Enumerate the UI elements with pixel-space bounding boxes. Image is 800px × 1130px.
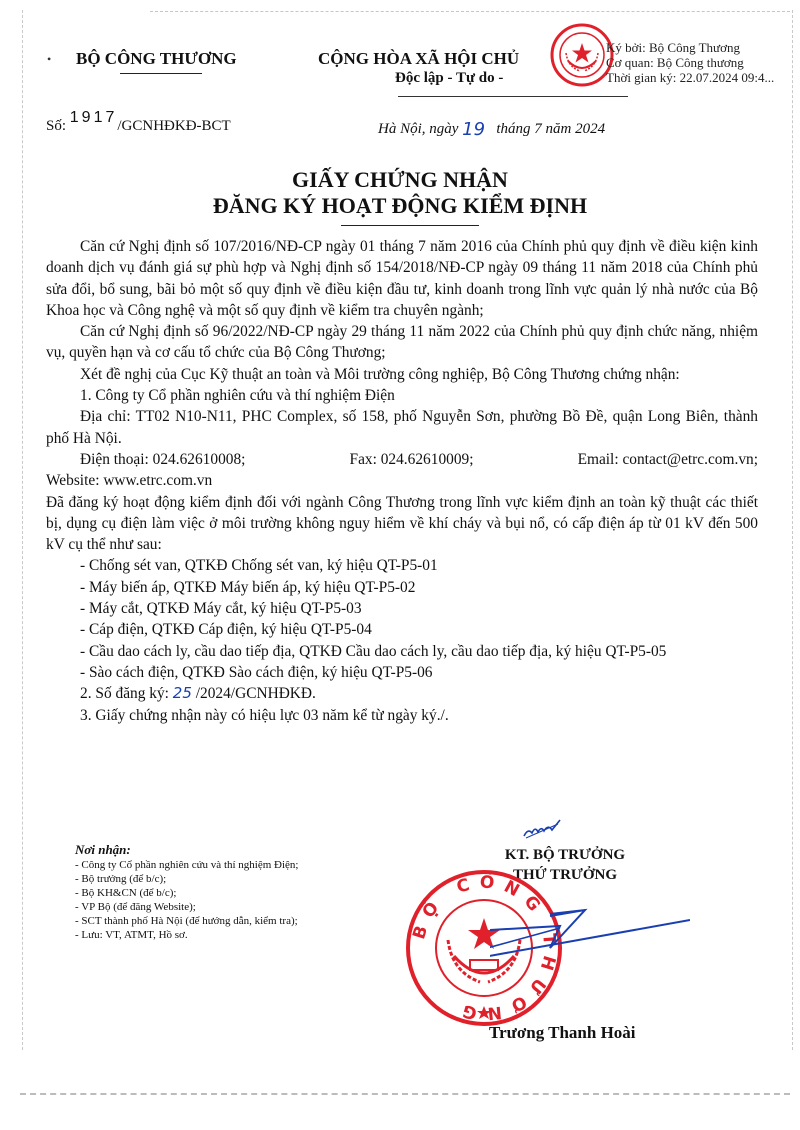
document-body: Căn cứ Nghị định số 107/2016/NĐ-CP ngày … xyxy=(46,236,758,726)
item-4: - Cáp điện, QTKĐ Cáp điện, ký hiệu QT-P5… xyxy=(46,619,758,640)
recipients: Nơi nhận: - Công ty Cổ phần nghiên cứu v… xyxy=(75,842,299,942)
handwritten-registration-number: 25 xyxy=(173,684,192,702)
digital-seal-icon xyxy=(550,23,614,87)
handwritten-day: 19 xyxy=(462,119,485,140)
place-date: Hà Nội, ngày 19 tháng 7 năm 2024 xyxy=(378,117,605,138)
item-6: - Sào cách điện, QTKĐ Sào cách điện, ký … xyxy=(46,662,758,683)
company-address: Địa chỉ: TT02 N10-N11, PHC Complex, số 1… xyxy=(46,406,758,449)
legal-basis-2: Căn cứ Nghị định số 96/2022/NĐ-CP ngày 2… xyxy=(46,321,758,364)
item-2: - Máy biến áp, QTKĐ Máy biến áp, ký hiệu… xyxy=(46,577,758,598)
recipient-item: - Bộ trưởng (để b/c); xyxy=(75,872,299,886)
ministry-name: BỘ CÔNG THƯƠNG xyxy=(76,49,237,69)
initials-signature-icon xyxy=(522,818,562,840)
signer-name: Trương Thanh Hoài xyxy=(489,1023,636,1043)
page-border-left xyxy=(22,10,23,1050)
email: Email: contact@etrc.com.vn; xyxy=(578,449,758,470)
registration-number: 2. Số đăng ký: 25 /2024/GCNHĐKĐ. xyxy=(46,683,758,704)
signer-title-line1: KT. BỘ TRƯỞNG xyxy=(470,845,660,865)
recipient-item: - SCT thành phố Hà Nội (để hướng dẫn, ki… xyxy=(75,914,299,928)
national-motto: Độc lập - Tự do - xyxy=(395,70,503,87)
page-border-top xyxy=(150,11,790,12)
place-date-suffix: tháng 7 năm 2024 xyxy=(496,121,605,137)
signed-by: Ký bởi: Bộ Công Thương xyxy=(606,40,774,55)
company-name: 1. Công ty Cổ phần nghiên cứu và thí ngh… xyxy=(46,385,758,406)
digital-signature-info: Ký bởi: Bộ Công Thương Cơ quan: Bộ Công … xyxy=(606,40,774,85)
recipient-item: - Công ty Cổ phần nghiên cứu và thí nghi… xyxy=(75,858,299,872)
scan-mark: • xyxy=(47,52,51,67)
scope-statement: Đã đăng ký hoạt động kiểm định đối với n… xyxy=(46,492,758,556)
recipient-item: - Bộ KH&CN (để b/c); xyxy=(75,886,299,900)
ministry-underline xyxy=(120,73,202,74)
website: Website: www.etrc.com.vn xyxy=(46,470,758,491)
item-3: - Máy cắt, QTKĐ Máy cắt, ký hiệu QT-P5-0… xyxy=(46,598,758,619)
signing-agency: Cơ quan: Bộ Công thương xyxy=(606,55,774,70)
motto-underline xyxy=(398,96,628,97)
document-number-value: 1917 xyxy=(70,109,118,126)
item-1: - Chống sét van, QTKĐ Chống sét van, ký … xyxy=(46,555,758,576)
registration-suffix: /2024/GCNHĐKĐ. xyxy=(196,685,316,702)
document-title: GIẤY CHỨNG NHẬN xyxy=(0,167,800,193)
registration-prefix: 2. Số đăng ký: xyxy=(80,685,169,702)
page-border-bottom xyxy=(20,1093,790,1095)
document-subtitle: ĐĂNG KÝ HOẠT ĐỘNG KIỂM ĐỊNH xyxy=(0,193,800,219)
legal-basis-1: Căn cứ Nghị định số 107/2016/NĐ-CP ngày … xyxy=(46,236,758,321)
proposal: Xét đề nghị của Cục Kỹ thuật an toàn và … xyxy=(46,364,758,385)
page-border-right xyxy=(792,10,793,1050)
recipients-heading: Nơi nhận: xyxy=(75,842,299,858)
item-5: - Cầu dao cách ly, cầu dao tiếp địa, QTK… xyxy=(46,641,758,662)
document-number: Số: 1917/GCNHĐKĐ-BCT xyxy=(46,117,231,135)
signing-time: Thời gian ký: 22.07.2024 09:4... xyxy=(606,70,774,85)
national-title: CỘNG HÒA XÃ HỘI CHỦ xyxy=(318,49,519,69)
validity: 3. Giấy chứng nhận này có hiệu lực 03 nă… xyxy=(46,705,758,726)
phone: Điện thoại: 024.62610008; xyxy=(80,449,245,470)
recipient-item: - Lưu: VT, ATMT, Hồ sơ. xyxy=(75,928,299,942)
contact-line: Điện thoại: 024.62610008; Fax: 024.62610… xyxy=(46,449,758,470)
fax: Fax: 024.62610009; xyxy=(350,449,474,470)
recipient-item: - VP Bộ (để đăng Website); xyxy=(75,900,299,914)
document-number-label: Số: xyxy=(46,118,66,134)
place-date-prefix: Hà Nội, ngày xyxy=(378,121,458,137)
document-number-suffix: /GCNHĐKĐ-BCT xyxy=(117,118,230,134)
title-underline xyxy=(341,225,479,226)
handwritten-signature-icon xyxy=(490,908,690,968)
